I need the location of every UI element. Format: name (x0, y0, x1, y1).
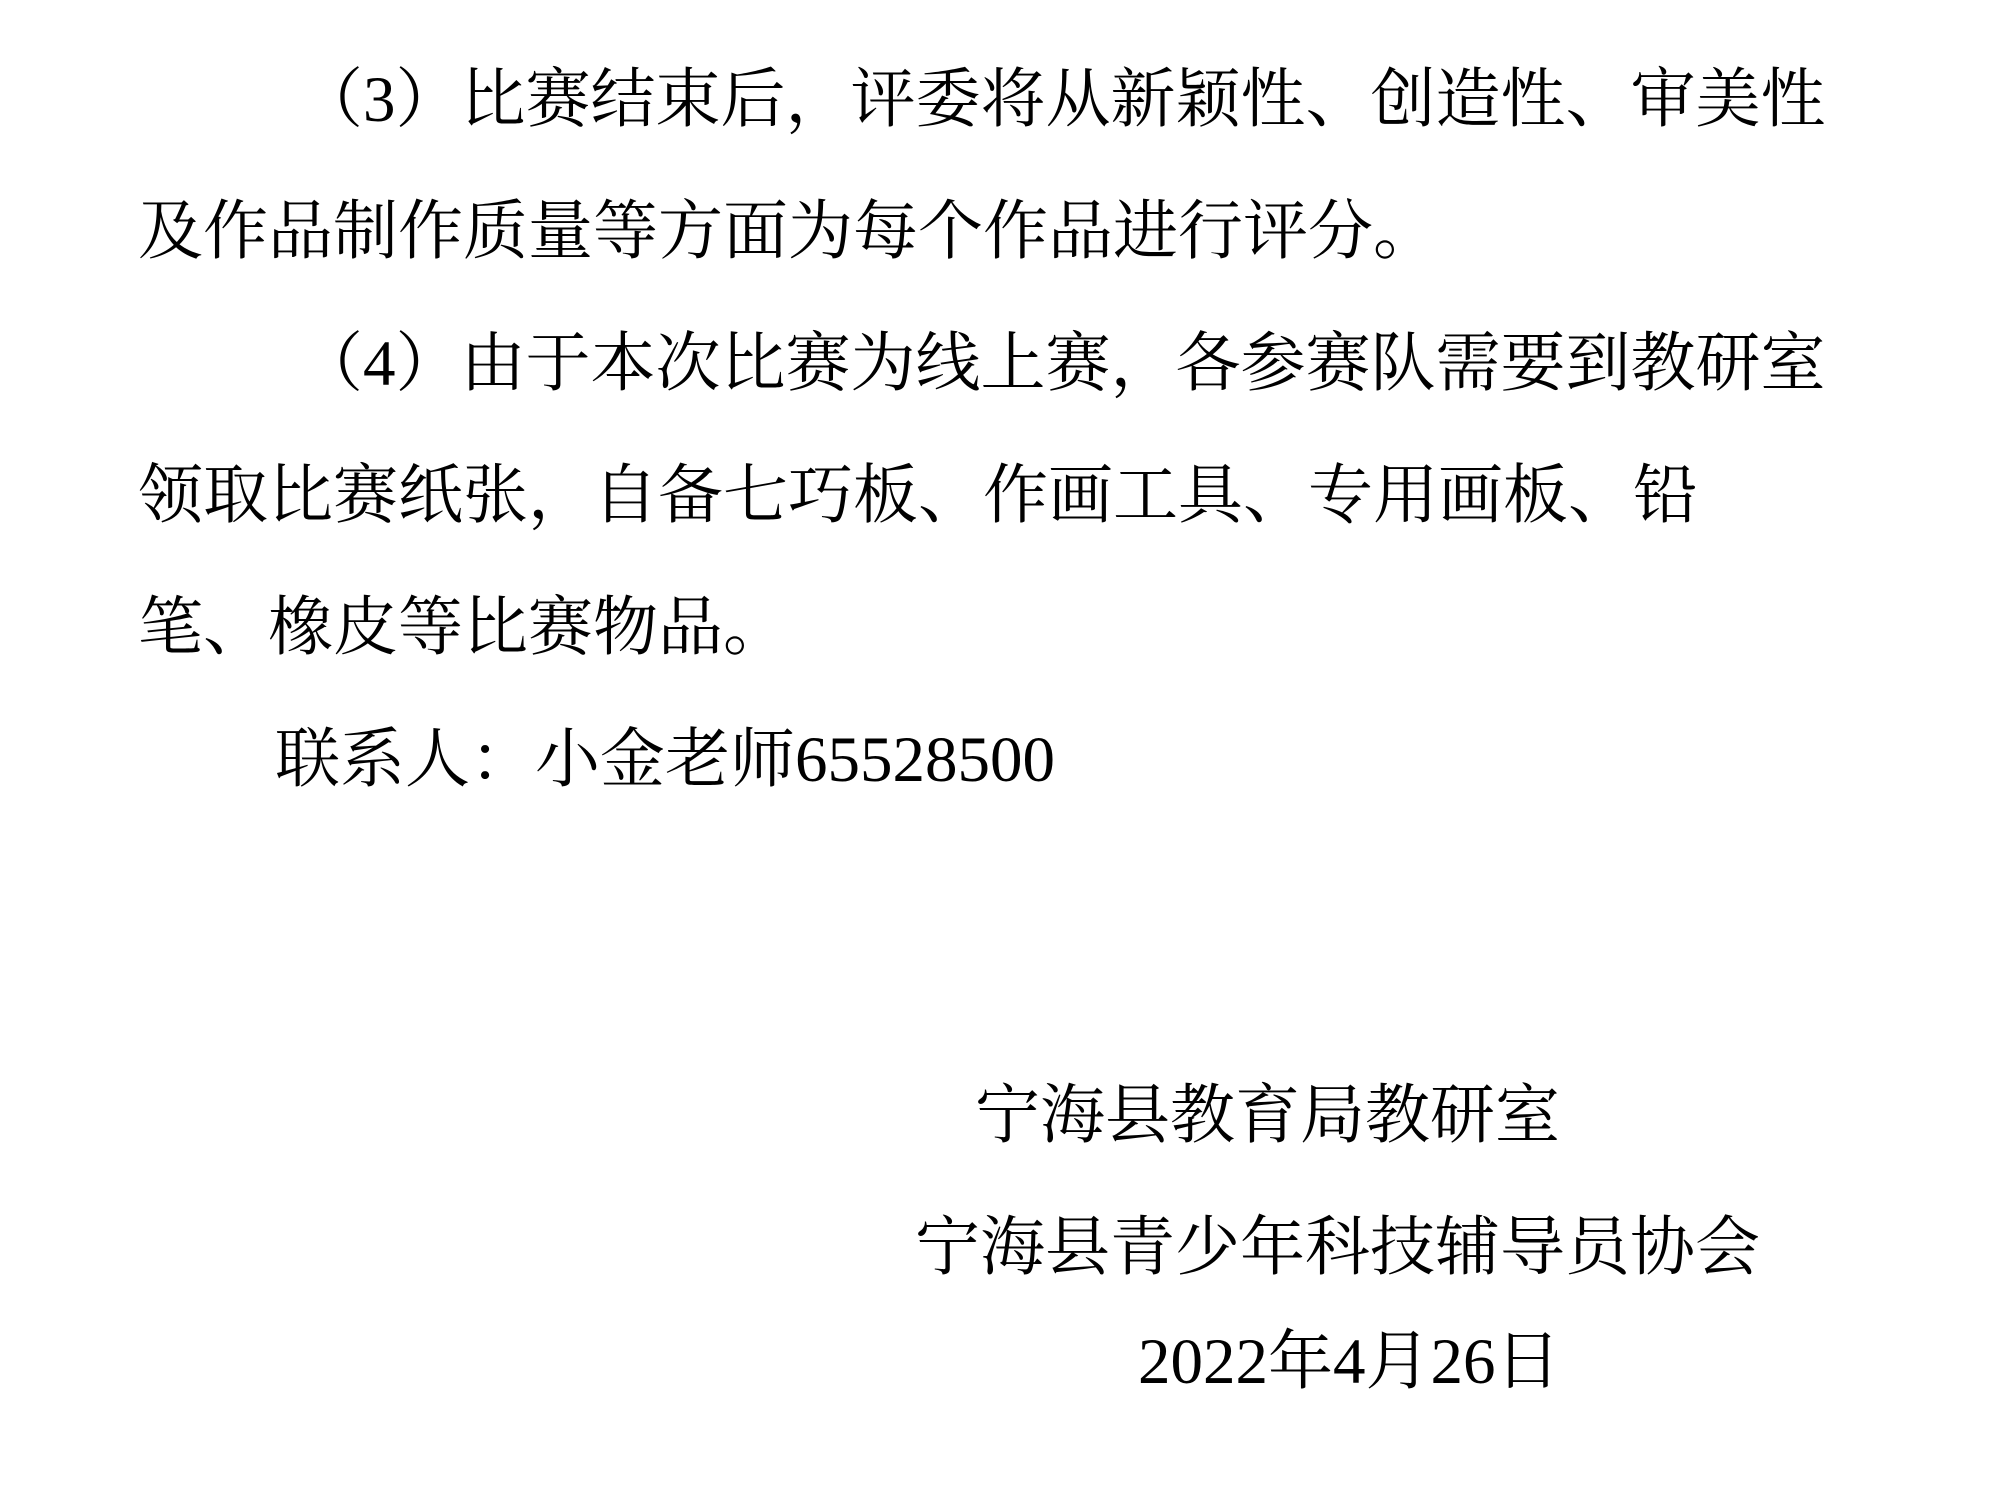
paragraph-line-1: （3）比赛结束后，评委将从新颖性、创造性、审美性 (138, 34, 1940, 166)
contact-line: 联系人：小金老师65528500 (138, 694, 1940, 826)
paragraph-line-3: （4）由于本次比赛为线上赛，各参赛队需要到教研室 (138, 298, 1940, 430)
document-page: （3）比赛结束后，评委将从新颖性、创造性、审美性 及作品制作质量等方面为每个作品… (0, 0, 2000, 1490)
signature-org-2: 宁海县青少年科技辅导员协会 (915, 1214, 1760, 1282)
signature-date: 2022年4月26日 (1138, 1328, 1561, 1396)
paragraph-line-5: 笔、橡皮等比赛物品。 (138, 562, 1940, 694)
paragraph-line-2: 及作品制作质量等方面为每个作品进行评分。 (138, 166, 1940, 298)
paragraph-line-4: 领取比赛纸张，自备七巧板、作画工具、专用画板、铅 (138, 430, 1940, 562)
signature-org-1: 宁海县教育局教研室 (975, 1082, 1560, 1150)
document-body: （3）比赛结束后，评委将从新颖性、创造性、审美性 及作品制作质量等方面为每个作品… (138, 34, 1940, 826)
